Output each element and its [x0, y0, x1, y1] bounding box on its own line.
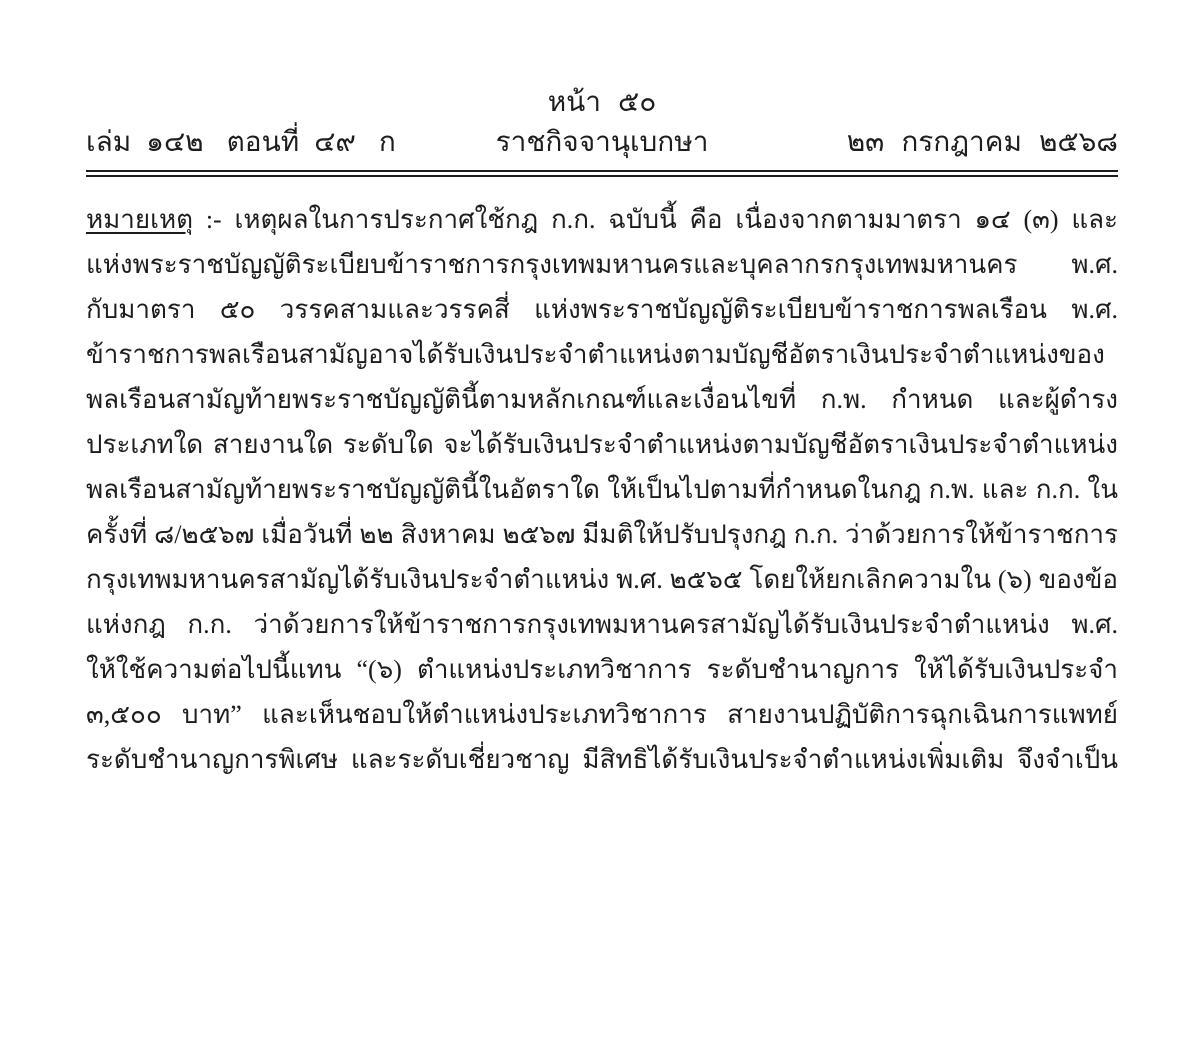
body-line: ระดับชำนาญการพิเศษ และระดับเชี่ยวชาญ มีส…	[86, 737, 1118, 782]
body-line: ให้ใช้ความต่อไปนี้แทน “(๖) ตำแหน่งประเภท…	[86, 647, 1118, 692]
volume-label: เล่ม ๑๔๒	[86, 127, 204, 158]
body-line: แห่งกฎ ก.ก. ว่าด้วยการให้ข้าราชการกรุงเท…	[86, 602, 1118, 647]
body-line: หมายเหตุ :- เหตุผลในการประกาศใช้กฎ ก.ก. …	[86, 197, 1118, 242]
volume-part-section: เล่ม ๑๔๒ ตอนที่ ๔๙ ก	[86, 125, 466, 161]
body-line: พลเรือนสามัญท้ายพระราชบัญญัตินี้ตามหลักเ…	[86, 377, 1118, 422]
publication-date: ๒๓ กรกฎาคม ๒๕๖๘	[738, 125, 1118, 161]
part-label: ตอนที่ ๔๙	[227, 127, 356, 158]
gazette-title: ราชกิจจานุเบกษา	[466, 125, 739, 161]
body-line: กรุงเทพมหานครสามัญได้รับเงินประจำตำแหน่ง…	[86, 557, 1118, 602]
page-header: หน้า ๕๐ เล่ม ๑๔๒ ตอนที่ ๔๙ ก ราชกิจจานุเ…	[86, 86, 1118, 177]
section-label: ก	[379, 127, 396, 158]
body-line-text: เหตุผลในการประกาศใช้กฎ ก.ก. ฉบับนี้ คือ …	[86, 205, 1118, 242]
body-line: แห่งพระราชบัญญัติระเบียบข้าราชการกรุงเทพ…	[86, 242, 1118, 287]
gazette-page: หน้า ๕๐ เล่ม ๑๔๒ ตอนที่ ๔๙ ก ราชกิจจานุเ…	[0, 0, 1200, 1045]
note-separator: :-	[206, 205, 222, 234]
note-label: หมายเหตุ	[86, 205, 193, 234]
header-double-rule	[86, 170, 1118, 177]
body-line: พลเรือนสามัญท้ายพระราชบัญญัตินี้ในอัตราใ…	[86, 467, 1118, 512]
body-line: กับมาตรา ๕๐ วรรคสามและวรรคสี่ แห่งพระราช…	[86, 287, 1118, 332]
body-line: ๓,๕๐๐ บาท” และเห็นชอบให้ตำแหน่งประเภทวิช…	[86, 692, 1118, 737]
body-line: ประเภทใด สายงานใด ระดับใด จะได้รับเงินปร…	[86, 422, 1118, 467]
page-number: หน้า ๕๐	[86, 86, 1118, 120]
masthead-row: เล่ม ๑๔๒ ตอนที่ ๔๙ ก ราชกิจจานุเบกษา ๒๓ …	[86, 125, 1118, 161]
body-line: ครั้งที่ ๘/๒๕๖๗ เมื่อวันที่ ๒๒ สิงหาคม ๒…	[86, 512, 1118, 557]
document-body: หมายเหตุ :- เหตุผลในการประกาศใช้กฎ ก.ก. …	[86, 197, 1118, 782]
body-line: ข้าราชการพลเรือนสามัญอาจได้รับเงินประจำต…	[86, 332, 1118, 377]
